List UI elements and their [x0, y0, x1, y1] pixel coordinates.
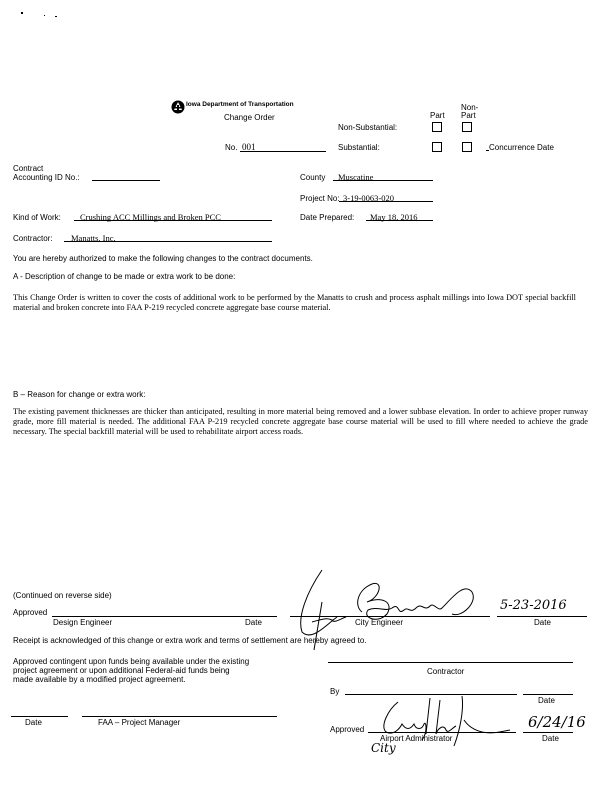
contingent-text-2: project agreement or upon additional Fed… — [13, 666, 230, 675]
faa-date-label: Date — [25, 718, 42, 727]
kind-of-work-line — [74, 220, 272, 221]
faa-project-manager-label: FAA – Project Manager — [98, 718, 180, 727]
section-a-heading: A - Description of change to be made or … — [13, 272, 235, 281]
city-engineer-date-line — [497, 616, 587, 617]
contingent-text-1: Approved contingent upon funds being ava… — [13, 657, 249, 666]
accounting-id-line — [92, 180, 160, 181]
contract-label: Contract — [13, 164, 43, 173]
county-label: County — [300, 173, 325, 182]
accounting-id-label: Accounting ID No.: — [13, 173, 80, 182]
airport-administrator-date-line — [523, 732, 573, 733]
section-b-text: The existing pavement thicknesses are th… — [13, 407, 588, 437]
section-a-text: This Change Order is written to cover th… — [13, 293, 576, 313]
approved-label: Approved — [13, 608, 47, 617]
airport-administrator-date-label: Date — [542, 734, 559, 743]
project-number-line — [339, 201, 433, 202]
city-engineer-date[interactable]: 5-23-2016 — [500, 598, 567, 613]
contractor-signature-line[interactable] — [328, 662, 573, 663]
project-number-label: Project No: — [300, 194, 340, 203]
faa-date-line[interactable] — [11, 716, 68, 717]
scan-speck — [55, 16, 57, 17]
handwritten-city: City — [371, 741, 396, 755]
design-engineer-label: Design Engineer — [53, 618, 112, 627]
non-substantial-non-part-checkbox[interactable] — [462, 122, 472, 132]
authorization-text: You are hereby authorized to make the fo… — [13, 254, 313, 263]
by-date-line[interactable] — [523, 694, 573, 695]
design-engineer-date-label: Date — [245, 618, 262, 627]
receipt-text: Receipt is acknowledged of this change o… — [13, 636, 367, 645]
contractor-label: Contractor: — [13, 234, 53, 243]
non-part-column-label-2: Part — [461, 111, 476, 120]
scan-speck — [21, 12, 23, 14]
concurrence-date-line — [486, 150, 489, 151]
non-substantial-label: Non-Substantial: — [338, 123, 397, 132]
substantial-label: Substantial: — [338, 143, 380, 152]
change-order-number-label: No. — [225, 143, 237, 152]
kind-of-work-label: Kind of Work: — [13, 213, 61, 222]
approved-label-2: Approved — [330, 725, 364, 734]
contractor-signature-label: Contractor — [427, 667, 464, 676]
agency-name: Iowa Department of Transportation — [186, 101, 294, 108]
substantial-non-part-checkbox[interactable] — [462, 142, 472, 152]
scan-speck — [44, 15, 45, 16]
continued-note: (Continued on reverse side) — [13, 591, 112, 600]
substantial-part-checkbox[interactable] — [432, 142, 442, 152]
by-date-label: Date — [538, 696, 555, 705]
section-b-heading: B – Reason for change or extra work: — [13, 390, 146, 399]
date-prepared-label: Date Prepared: — [300, 213, 354, 222]
iowa-dot-logo-icon — [171, 100, 185, 114]
city-engineer-label: City Engineer — [355, 618, 403, 627]
form-title: Change Order — [224, 113, 275, 122]
part-column-label: Part — [430, 111, 445, 120]
contractor-line — [64, 241, 272, 242]
number-underline — [240, 151, 326, 152]
faa-project-manager-line[interactable] — [82, 716, 277, 717]
date-prepared-line — [366, 220, 433, 221]
concurrence-date-label: Concurrence Date — [489, 143, 554, 152]
city-engineer-date-label: Date — [534, 618, 551, 627]
non-substantial-part-checkbox[interactable] — [432, 122, 442, 132]
airport-administrator-date[interactable]: 6/24/16 — [528, 713, 586, 731]
design-engineer-signature-line[interactable] — [52, 616, 277, 617]
by-label: By — [330, 687, 339, 696]
contingent-text-3: made available by a modified project agr… — [13, 675, 186, 684]
county-line — [333, 180, 433, 181]
